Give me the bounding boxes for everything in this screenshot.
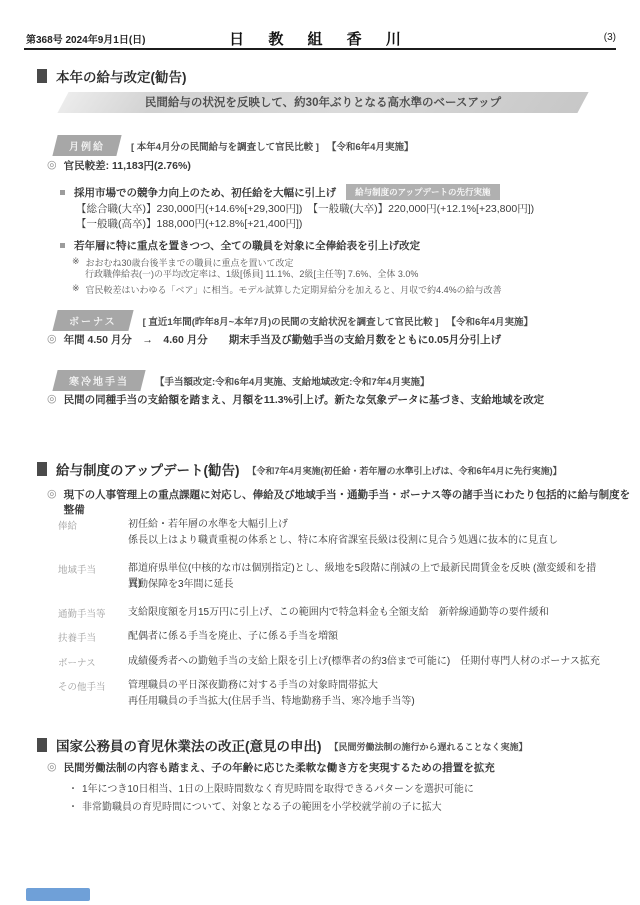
base-up-note: ※ 官民較差はいわゆる「ベア」に相当。モデル試算した定期昇給分を加えると、月収で… — [72, 283, 502, 296]
double-circle-icon: ◎ — [47, 158, 57, 171]
row-label-salary: 俸給 — [58, 518, 77, 532]
young-workers-text: 若年層に特に重点を置きつつ、全ての職員を対象に全俸給表を引上げ改定 — [74, 238, 420, 253]
gap-line: ◎ 官民較差: 11,183円(2.76%) — [47, 158, 191, 173]
monthly-pay-row: 月例給 [ 本年4月分の民間給与を調査して官民比較 ] 【令和6年4月実施】 — [55, 135, 413, 156]
page-header: 第368号 2024年9月1日(日) 日 教 組 香 川 (3) — [24, 28, 616, 50]
section2-title: 給与制度のアップデート(勧告) — [56, 459, 240, 479]
bonus-chip-label: ボーナス — [69, 313, 117, 328]
cold-allowance-chip-label: 寒冷地手当 — [69, 373, 129, 388]
row-text-other-1: 管理職員の平日深夜勤務に対する手当の対象時間帯拡大 — [128, 678, 608, 693]
row-text-bonus: 成績優秀者への勤勉手当の支給上限を引上げ(標準者の約3倍まで可能に) 任期付専門… — [128, 654, 608, 669]
bonus-date-note: 【令和6年4月実施】 — [446, 314, 533, 328]
double-circle-icon: ◎ — [47, 332, 57, 345]
section2-heading: 給与制度のアップデート(勧告) 【令和7年4月実施(初任給・若年層の水準引上げは… — [37, 459, 562, 479]
section-square-icon — [37, 738, 47, 752]
page-number: (3) — [604, 32, 616, 43]
bonus-text: 年間 4.50 月分 → 4.60 月分 期末手当及び勤勉手当の支給月数をともに… — [64, 332, 502, 347]
childcare-item-1-text: 1年につき10日相当、1日の上限時間数なく育児時間を取得できるパターンを選択可能… — [82, 780, 474, 795]
row-text-dependent: 配偶者に係る手当を廃止、子に係る手当を増額 — [128, 629, 608, 644]
cold-allowance-row: 寒冷地手当 【手当額改定:令和6年4月実施、支給地域改定:令和7年4月実施】 — [55, 370, 429, 391]
newsletter-page: 第368号 2024年9月1日(日) 日 教 組 香 川 (3) 本年の給与改定… — [0, 0, 640, 905]
gap-text: 官民較差: 11,183円(2.76%) — [64, 158, 191, 173]
section3-heading: 国家公務員の育児休業法の改正(意見の申出) 【民間労働法制の施行から遅れることな… — [37, 735, 528, 755]
childcare-item-1: ・ 1年につき10日相当、1日の上限時間数なく育児時間を取得できるパターンを選択… — [68, 780, 474, 795]
salary-figures-line1: 【総合職(大卒)】230,000円(+14.6%[+29,300円]) 【一般職… — [76, 201, 534, 216]
section-square-icon — [37, 462, 47, 476]
section2-lead-text: 現下の人事管理上の重点課題に対応し、俸給及び地域手当・通勤手当・ボーナス等の諸手… — [64, 487, 640, 517]
banner-text: 民間給与の状況を反映して、約30年ぶりとなる高水準のベースアップ — [63, 94, 583, 110]
row-label-commute: 通勤手当等 — [58, 606, 106, 620]
base-up-note-text: 官民較差はいわゆる「ベア」に相当。モデル試算した定期昇給分を加えると、月収で約4… — [86, 283, 502, 296]
monthly-pay-chip-label: 月例給 — [69, 138, 105, 153]
section2-title-note: 【令和7年4月実施(初任給・若年層の水準引上げは、令和6年4月に先行実施)】 — [248, 464, 562, 477]
revision-rates-text: 行政職俸給表(一)の平均改定率は、1級[係員] 11.1%、2級[主任等] 7.… — [85, 267, 418, 280]
section3-title-note: 【民間労働法制の施行から遅れることなく実施】 — [330, 740, 528, 753]
double-circle-icon: ◎ — [47, 392, 57, 405]
footer-accent-bar — [26, 888, 90, 901]
salary-figures-line2: 【一般職(高卒)】188,000円(+12.8%[+21,400円]) — [76, 216, 302, 231]
section1-title: 本年の給与改定(勧告) — [56, 66, 187, 86]
section1-heading: 本年の給与改定(勧告) — [37, 66, 187, 86]
row-text-commute: 支給限度額を月15万円に引上げ、この範囲内で特急料金も全額支給 新幹線通勤等の要… — [128, 605, 608, 620]
note-mark-icon: ※ — [72, 256, 80, 269]
starting-salary-bullet: 採用市場での競争力向上のため、初任給を大幅に引上げ 給与制度のアップデートの先行… — [60, 184, 500, 200]
childcare-item-2: ・ 非常勤職員の育児時間について、対象となる子の範囲を小学校就学前の子に拡大 — [68, 798, 442, 813]
double-circle-icon: ◎ — [47, 760, 57, 773]
note-mark-icon: ※ — [72, 283, 80, 296]
monthly-date-note: 【令和6年4月実施】 — [327, 139, 414, 153]
dot-mark-icon: ・ — [68, 798, 78, 813]
cold-date-note: 【手当額改定:令和6年4月実施、支給地域改定:令和7年4月実施】 — [155, 374, 429, 388]
row-text-salary-2: 係長以上はより職責重視の体系とし、特に本府省課室長級は役割に見合う処遇に抜本的に… — [128, 533, 608, 548]
row-label-other: その他手当 — [58, 679, 106, 693]
row-label-dependent: 扶養手当 — [58, 630, 96, 644]
bonus-line: ◎ 年間 4.50 月分 → 4.60 月分 期末手当及び勤勉手当の支給月数をと… — [47, 332, 501, 347]
row-text-salary-1: 初任給・若年層の水準を大幅引上げ — [128, 517, 608, 532]
bonus-chip: ボーナス — [52, 310, 133, 331]
section3-title: 国家公務員の育児休業法の改正(意見の申出) — [56, 735, 322, 755]
section2-lead: ◎ 現下の人事管理上の重点課題に対応し、俸給及び地域手当・通勤手当・ボーナス等の… — [47, 487, 640, 517]
cold-allowance-chip: 寒冷地手当 — [52, 370, 145, 391]
bonus-row: ボーナス [ 直近1年間(昨年8月~本年7月)の民間の支給状況を調査して官民比較… — [55, 310, 533, 331]
section3-lead-text: 民間労働法制の内容も踏まえ、子の年齢に応じた柔軟な働き方を実現するための措置を拡… — [64, 760, 495, 775]
advance-implementation-badge: 給与制度のアップデートの先行実施 — [346, 184, 499, 200]
bonus-survey-note: [ 直近1年間(昨年8月~本年7月)の民間の支給状況を調査して官民比較 ] — [143, 314, 439, 328]
starting-salary-text: 採用市場での競争力向上のため、初任給を大幅に引上げ — [74, 185, 336, 200]
dot-mark-icon: ・ — [68, 780, 78, 795]
row-label-bonus: ボーナス — [58, 655, 96, 669]
double-circle-icon: ◎ — [47, 487, 57, 500]
cold-allowance-text: 民間の同種手当の支給額を踏まえ、月額を11.3%引上げ。新たな気象データに基づき… — [64, 392, 544, 407]
monthly-pay-chip: 月例給 — [52, 135, 121, 156]
cold-allowance-line: ◎ 民間の同種手当の支給額を踏まえ、月額を11.3%引上げ。新たな気象データに基… — [47, 392, 544, 407]
newsletter-title: 日 教 組 香 川 — [24, 28, 616, 49]
section3-lead: ◎ 民間労働法制の内容も踏まえ、子の年齢に応じた柔軟な働き方を実現するための措置… — [47, 760, 495, 775]
row-text-other-2: 再任用職員の手当拡大(住居手当、特地勤務手当、寒冷地手当等) — [128, 694, 608, 709]
row-text-regional-2: 異動保障を3年間に延長 — [128, 577, 608, 592]
monthly-survey-note: [ 本年4月分の民間給与を調査して官民比較 ] — [131, 139, 319, 153]
young-workers-bullet: 若年層に特に重点を置きつつ、全ての職員を対象に全俸給表を引上げ改定 — [60, 238, 420, 253]
childcare-item-2-text: 非常勤職員の育児時間について、対象となる子の範囲を小学校就学前の子に拡大 — [82, 798, 442, 813]
section-square-icon — [37, 69, 47, 83]
row-label-regional: 地域手当 — [58, 562, 96, 576]
